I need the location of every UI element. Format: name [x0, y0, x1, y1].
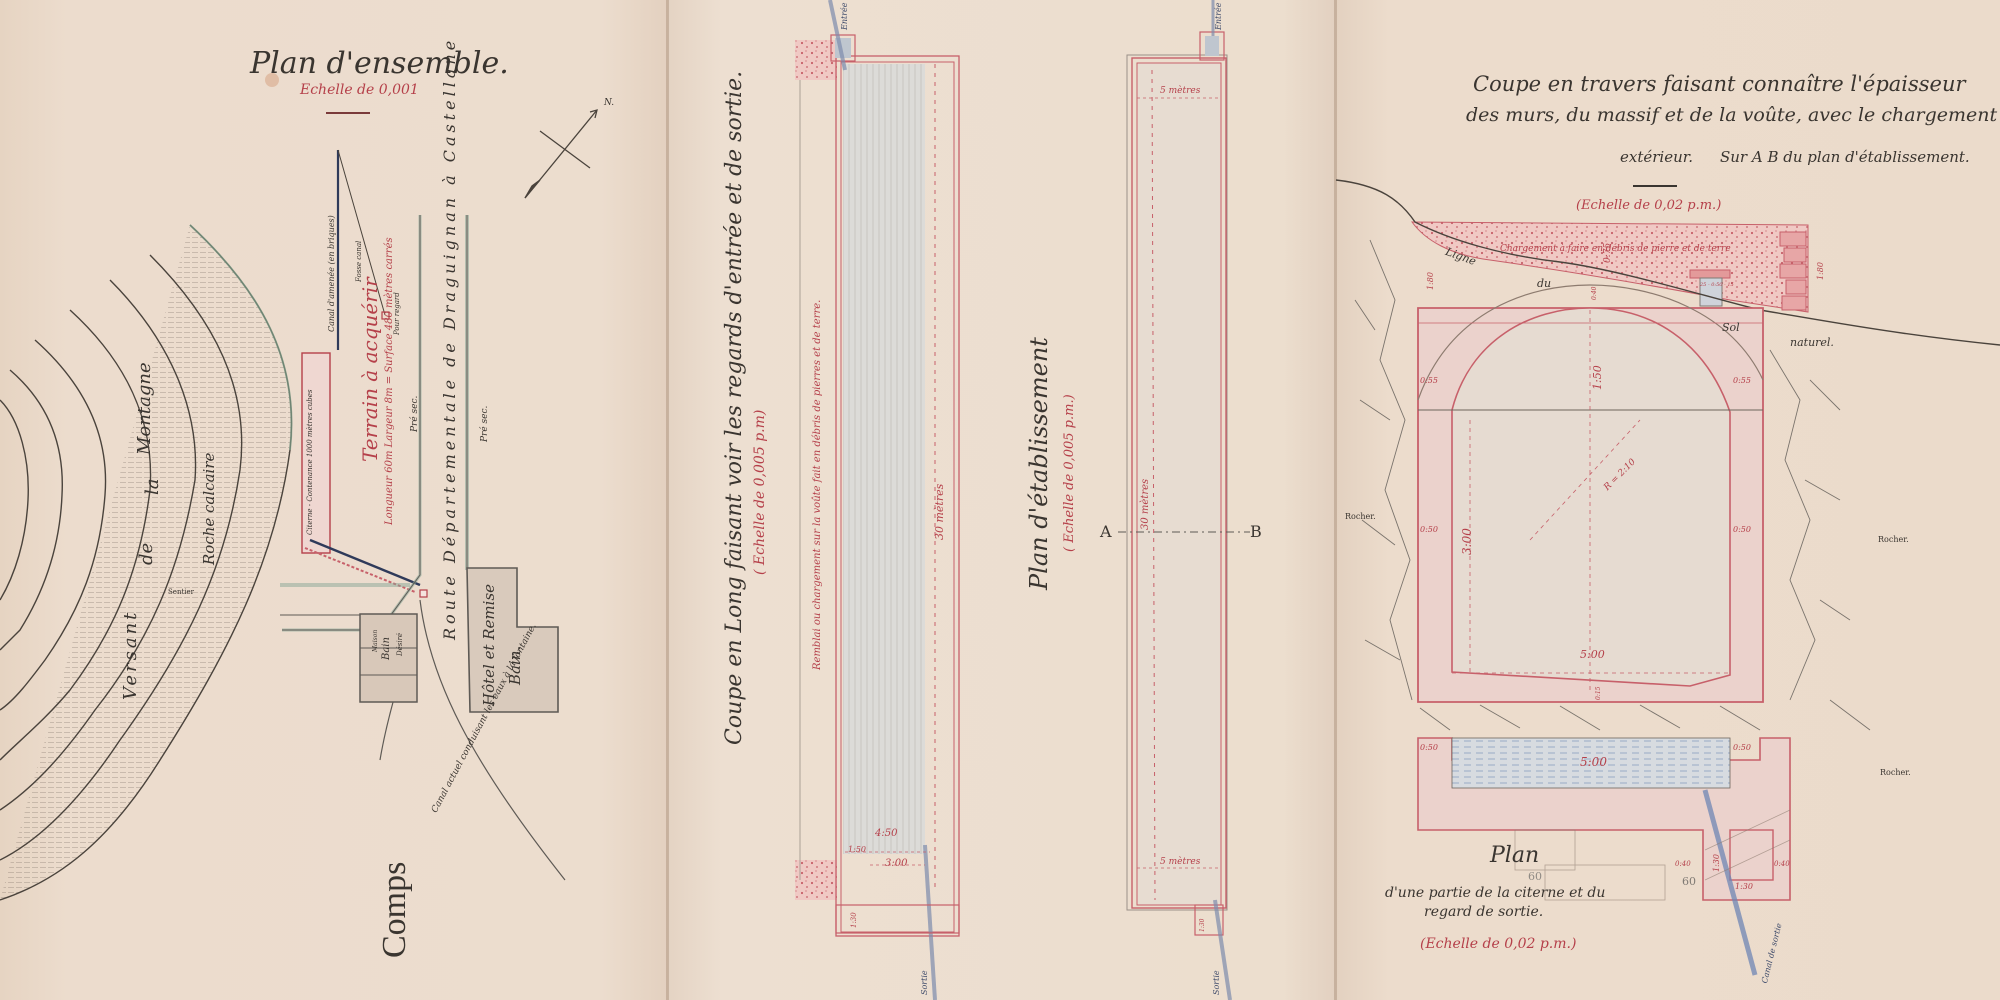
- dim-300: 3:00: [885, 858, 907, 869]
- section-marker-a: A: [1100, 522, 1112, 541]
- plan-ensemble-title: Plan d'ensemble.: [250, 46, 509, 81]
- rock-label-right: Rocher.: [1878, 535, 1909, 544]
- dim-fill-thickness: 0:75: [1603, 243, 1613, 263]
- dim-wall-right: 0:50: [1733, 525, 1751, 534]
- plan-partial-title: Plan: [1490, 843, 1539, 868]
- plan-width-bottom: 5 mètres: [1160, 857, 1200, 867]
- plan-width-top: 5 mètres: [1160, 86, 1200, 96]
- path-label: Sentier: [168, 588, 194, 596]
- north-arrow: [525, 110, 597, 198]
- fill-note: Remblai ou chargement sur la voûte fait …: [812, 300, 823, 670]
- long-section-title: Coupe en Long faisant voir les regards d…: [722, 71, 747, 745]
- canal-new-label: Fosse canal: [355, 241, 363, 282]
- rock-label-left: Rocher.: [1345, 512, 1376, 521]
- dim-inner-width: 5:00: [1580, 648, 1605, 661]
- terrain-title: Terrain à acquérir: [358, 277, 382, 462]
- village-label-comps: Comps: [376, 862, 414, 958]
- dim-arch-thickness: 0:40: [1591, 287, 1598, 300]
- plan-length: 30 mètres: [1140, 479, 1151, 530]
- plan-sortie-label: Sortie: [1212, 970, 1221, 995]
- plan-outlet-dim: 1:30: [1199, 919, 1206, 932]
- dim-arch-rise: 1:50: [1591, 365, 1604, 390]
- cross-section-title-line-1: Coupe en travers faisant connaître l'épa…: [1473, 72, 1966, 96]
- drawing-canvas: [0, 0, 2000, 1000]
- title-underline-3: [1633, 185, 1677, 187]
- dim-height-right: 1:80: [1816, 262, 1825, 280]
- plan-entree-label: Entrée: [1214, 3, 1223, 31]
- mountain-label-de: de: [136, 543, 157, 565]
- pencil-note-60: 60: [1682, 875, 1696, 888]
- north-label: N.: [604, 98, 614, 108]
- cross-section-title-line-3b: Sur A B du plan d'établissement.: [1720, 148, 1970, 166]
- road-label: Route Départementale de Draguignan à Cas…: [440, 37, 459, 640]
- long-entree-label: Entrée: [840, 3, 849, 31]
- long-sortie-label: Sortie: [920, 970, 929, 995]
- section-marker-b: B: [1250, 522, 1262, 541]
- plan-dim-regard-h: 1:30: [1712, 854, 1721, 872]
- dim-150: 1:50: [848, 845, 866, 854]
- pre-sec-label-1: Pré sec.: [410, 396, 420, 432]
- plan-partial-subtitle-1: d'une partie de la citerne et du: [1385, 885, 1605, 901]
- canal-inlet-label: Canal d'amenée (en briques): [327, 215, 336, 332]
- dim-130: 1:30: [850, 912, 858, 928]
- cross-section-scale: (Echelle de 0,02 p.m.): [1576, 198, 1721, 213]
- plan-etablissement-drawing: [1118, 0, 1250, 1000]
- long-section-length: 30 mètres: [933, 484, 946, 540]
- terrain-dimensions: Longueur 60m Largeur 8m = Surface 480 mè…: [384, 237, 395, 525]
- plan-dim-regard-w: 1:30: [1735, 882, 1753, 891]
- dim-450: 4:50: [875, 828, 897, 839]
- dim-wall-left: 0:50: [1420, 525, 1438, 534]
- cistern-label: Citerne - Contenance 1000 mètres cubes: [306, 390, 314, 535]
- rock-calcaire-label: Roche calcaire: [200, 453, 218, 565]
- maison-label-3: Désiré: [396, 633, 404, 656]
- dim-arch-left: 0:55: [1420, 376, 1438, 385]
- fill-label: Chargement à faire en débris de pierre e…: [1500, 244, 1731, 254]
- plan-partial-subtitle-2: regard de sortie.: [1424, 904, 1543, 920]
- ground-label-du: du: [1537, 277, 1551, 290]
- pencil-note-60b: 60: [1528, 870, 1542, 883]
- plan-partial-scale: (Echelle de 0,02 p.m.): [1420, 936, 1576, 952]
- mountain-label-versant: Versant: [120, 610, 141, 700]
- plan-etablissement-scale: ( Echelle de 0,005 p.m.): [1062, 394, 1077, 552]
- title-underline: [326, 112, 370, 114]
- cross-section-title-line-3a: extérieur.: [1620, 148, 1693, 166]
- plan-dim-wall-right: 0:50: [1733, 743, 1751, 752]
- ground-label-sol: Sol: [1722, 321, 1740, 334]
- dim-wall-height: 3:00: [1460, 528, 1474, 555]
- dim-height-left: 1:80: [1426, 272, 1435, 290]
- long-section-scale: ( Echelle de 0,005 p.m): [752, 410, 768, 575]
- plan-ensemble-scale: Echelle de 0,001: [300, 82, 419, 98]
- plan-dim-width: 5:00: [1580, 755, 1607, 769]
- plan-etablissement-title: Plan d'établissement: [1025, 337, 1053, 590]
- pre-sec-label-2: Pré sec.: [480, 406, 490, 442]
- cross-section-title-line-2: des murs, du massif et de la voûte, avec…: [1466, 104, 1997, 126]
- dim-regard: 25 - 0:50 - 15: [1700, 282, 1734, 288]
- mountain-label-la: la: [142, 479, 163, 496]
- maison-label-1: Maison: [372, 630, 379, 652]
- mountain-label-montagne: Montagne: [134, 362, 155, 455]
- plan-dim-regard-right: 0:40: [1774, 860, 1790, 868]
- plan-dim-regard-left: 0:40: [1675, 860, 1691, 868]
- dim-floor: 0:15: [1595, 687, 1602, 700]
- dim-arch-right: 0:55: [1733, 376, 1751, 385]
- cross-section-drawing: [1336, 180, 2000, 975]
- ground-label-naturel: naturel.: [1790, 336, 1834, 349]
- plan-dim-wall-left: 0:50: [1420, 743, 1438, 752]
- rock-label-right-lower: Rocher.: [1880, 768, 1911, 777]
- maison-label-2: Bain: [381, 637, 392, 660]
